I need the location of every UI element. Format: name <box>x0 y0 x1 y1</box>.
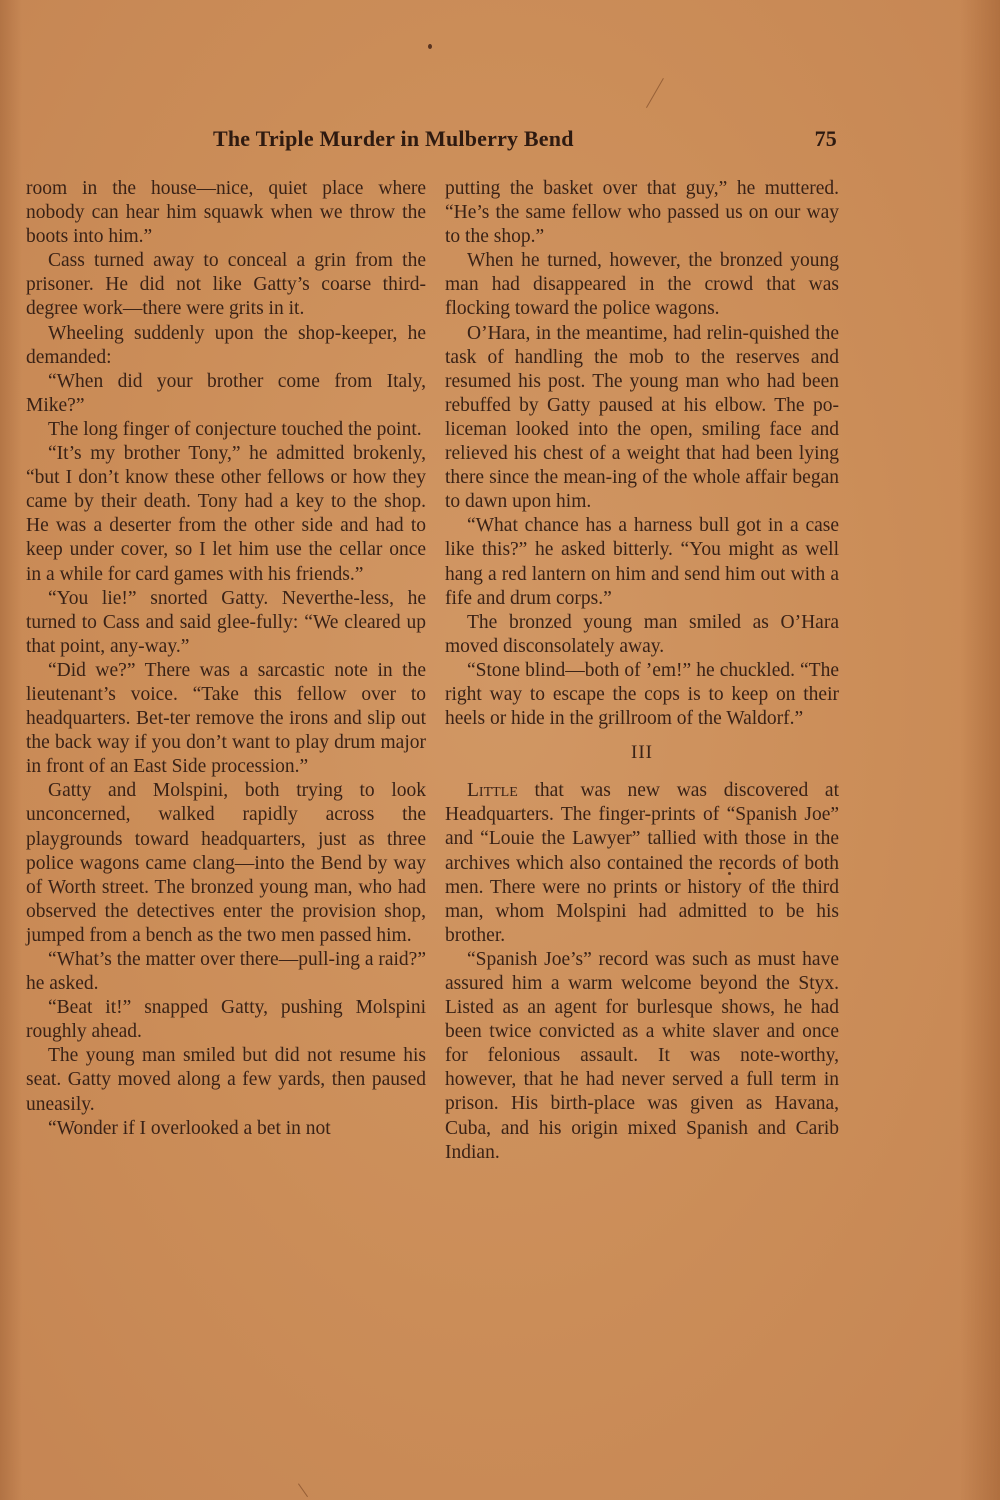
paragraph: room in the house—nice, quiet place wher… <box>26 177 426 249</box>
paragraph: putting the basket over that guy,” he mu… <box>445 177 839 249</box>
paragraph: “It’s my brother Tony,” he admitted brok… <box>26 442 426 587</box>
ink-speck <box>428 44 432 49</box>
paragraph: “Wonder if I overlooked a bet in not <box>26 1117 426 1141</box>
left-column: room in the house—nice, quiet place wher… <box>26 177 426 1141</box>
paragraph-text: that was new was discovered at Headquart… <box>445 780 839 946</box>
paragraph: Gatty and Molspini, both trying to look … <box>26 779 426 948</box>
paragraph: “Spanish Joe’s” record was such as must … <box>445 948 839 1165</box>
running-head: The Triple Murder in Mulberry Bend 75 <box>213 126 837 156</box>
section-number: III <box>445 741 839 765</box>
paper-scratch <box>298 1483 308 1497</box>
paragraph: When he turned, however, the bronzed you… <box>445 249 839 321</box>
lead-word: Little <box>467 780 518 801</box>
paragraph: “What’s the matter over there—pull-ing a… <box>26 948 426 996</box>
paragraph: Wheeling suddenly upon the shop-keeper, … <box>26 322 426 370</box>
paragraph: The long finger of conjecture touched th… <box>26 418 426 442</box>
paragraph: “Stone blind—both of ’em!” he chuckled. … <box>445 659 839 731</box>
paragraph: “Did we?” There was a sarcastic note in … <box>26 659 426 779</box>
right-column: putting the basket over that guy,” he mu… <box>445 177 839 1165</box>
paragraph: The bronzed young man smiled as O’Hara m… <box>445 611 839 659</box>
paragraph: “Beat it!” snapped Gatty, pushing Molspi… <box>26 996 426 1044</box>
paragraph: Cass turned away to conceal a grin from … <box>26 249 426 321</box>
paragraph: “When did your brother come from Italy, … <box>26 370 426 418</box>
paragraph: O’Hara, in the meantime, had relin-quish… <box>445 322 839 515</box>
section-opening-paragraph: Little that was new was discovered at He… <box>445 779 839 948</box>
paragraph: “You lie!” snorted Gatty. Neverthe-less,… <box>26 587 426 659</box>
paper-scratch <box>646 78 664 108</box>
paragraph: “What chance has a harness bull got in a… <box>445 514 839 610</box>
chapter-title: The Triple Murder in Mulberry Bend <box>213 126 574 152</box>
page-number: 75 <box>815 126 837 152</box>
book-page: The Triple Murder in Mulberry Bend 75 ro… <box>0 0 1000 1500</box>
paragraph: The young man smiled but did not resume … <box>26 1044 426 1116</box>
